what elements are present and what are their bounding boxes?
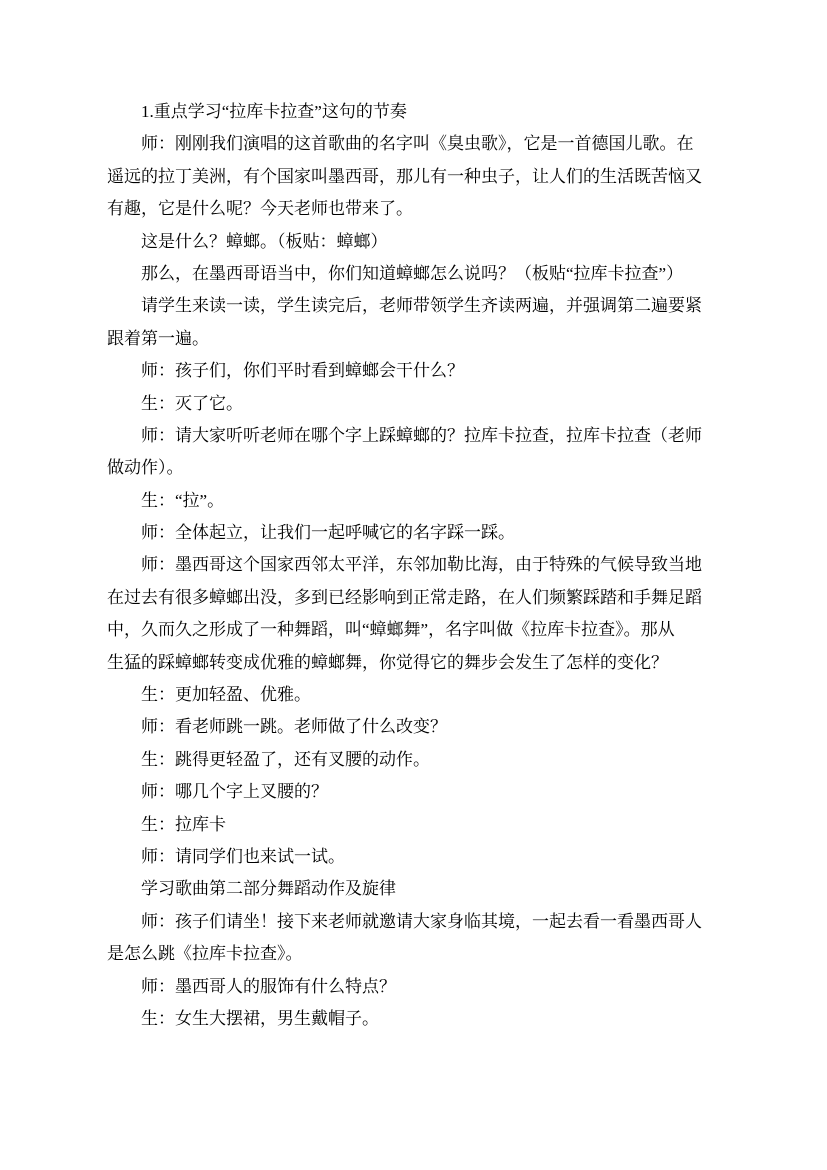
text-line: 生：灭了它。 — [107, 388, 707, 420]
text-line: 生：女生大摆裙，男生戴帽子。 — [107, 1003, 707, 1035]
text-line: 师：请同学们也来试一试。 — [107, 841, 707, 873]
text-line: 学习歌曲第二部分舞蹈动作及旋律 — [107, 873, 707, 905]
text-line: 在过去有很多蟑螂出没，多到已经影响到正常走路，在人们频繁踩踏和手舞足蹈 — [107, 582, 707, 614]
text-line: 师：看老师跳一跳。老师做了什么改变？ — [107, 711, 707, 743]
text-line: 遥远的拉丁美洲，有个国家叫墨西哥，那儿有一种虫子，让人们的生活既苦恼又 — [107, 161, 707, 193]
text-line: 有趣，它是什么呢？今天老师也带来了。 — [107, 193, 707, 225]
document-text: 1.重点学习“拉库卡拉查”这句的节奏师：刚刚我们演唱的这首歌曲的名字叫《臭虫歌》… — [107, 96, 707, 1035]
text-line: 师：哪几个字上叉腰的？ — [107, 776, 707, 808]
text-line: 是怎么跳《拉库卡拉查》。 — [107, 938, 707, 970]
text-line: 跟着第一遍。 — [107, 323, 707, 355]
text-line: 师：全体起立，让我们一起呼喊它的名字踩一踩。 — [107, 517, 707, 549]
text-line: 生猛的踩蟑螂转变成优雅的蟑螂舞，你觉得它的舞步会发生了怎样的变化？ — [107, 647, 707, 679]
text-line: 生：拉库卡 — [107, 809, 707, 841]
text-line: 请学生来读一读，学生读完后，老师带领学生齐读两遍，并强调第二遍要紧 — [107, 290, 707, 322]
text-line: 中，久而久之形成了一种舞蹈，叫“蟑螂舞”，名字叫做《拉库卡拉查》。那从 — [107, 614, 707, 646]
text-line: 1.重点学习“拉库卡拉查”这句的节奏 — [107, 96, 707, 128]
text-line: 生：“拉”。 — [107, 485, 707, 517]
text-line: 师：墨西哥这个国家西邻太平洋，东邻加勒比海，由于特殊的气候导致当地 — [107, 549, 707, 581]
text-line: 生：更加轻盈、优雅。 — [107, 679, 707, 711]
text-line: 师：请大家听听老师在哪个字上踩蟑螂的？拉库卡拉查，拉库卡拉查（老师 — [107, 420, 707, 452]
text-line: 那么，在墨西哥语当中，你们知道蟑螂怎么说吗？（板贴“拉库卡拉查”） — [107, 258, 707, 290]
document-page: 1.重点学习“拉库卡拉查”这句的节奏师：刚刚我们演唱的这首歌曲的名字叫《臭虫歌》… — [0, 0, 827, 1170]
text-line: 师：孩子们请坐！接下来老师就邀请大家身临其境，一起去看一看墨西哥人 — [107, 906, 707, 938]
text-line: 师：孩子们，你们平时看到蟑螂会干什么？ — [107, 355, 707, 387]
text-line: 这是什么？蟑螂。（板贴：蟑螂） — [107, 226, 707, 258]
text-line: 做动作）。 — [107, 452, 707, 484]
text-line: 师：墨西哥人的服饰有什么特点？ — [107, 971, 707, 1003]
text-line: 师：刚刚我们演唱的这首歌曲的名字叫《臭虫歌》，它是一首德国儿歌。在 — [107, 128, 707, 160]
text-line: 生：跳得更轻盈了，还有叉腰的动作。 — [107, 744, 707, 776]
